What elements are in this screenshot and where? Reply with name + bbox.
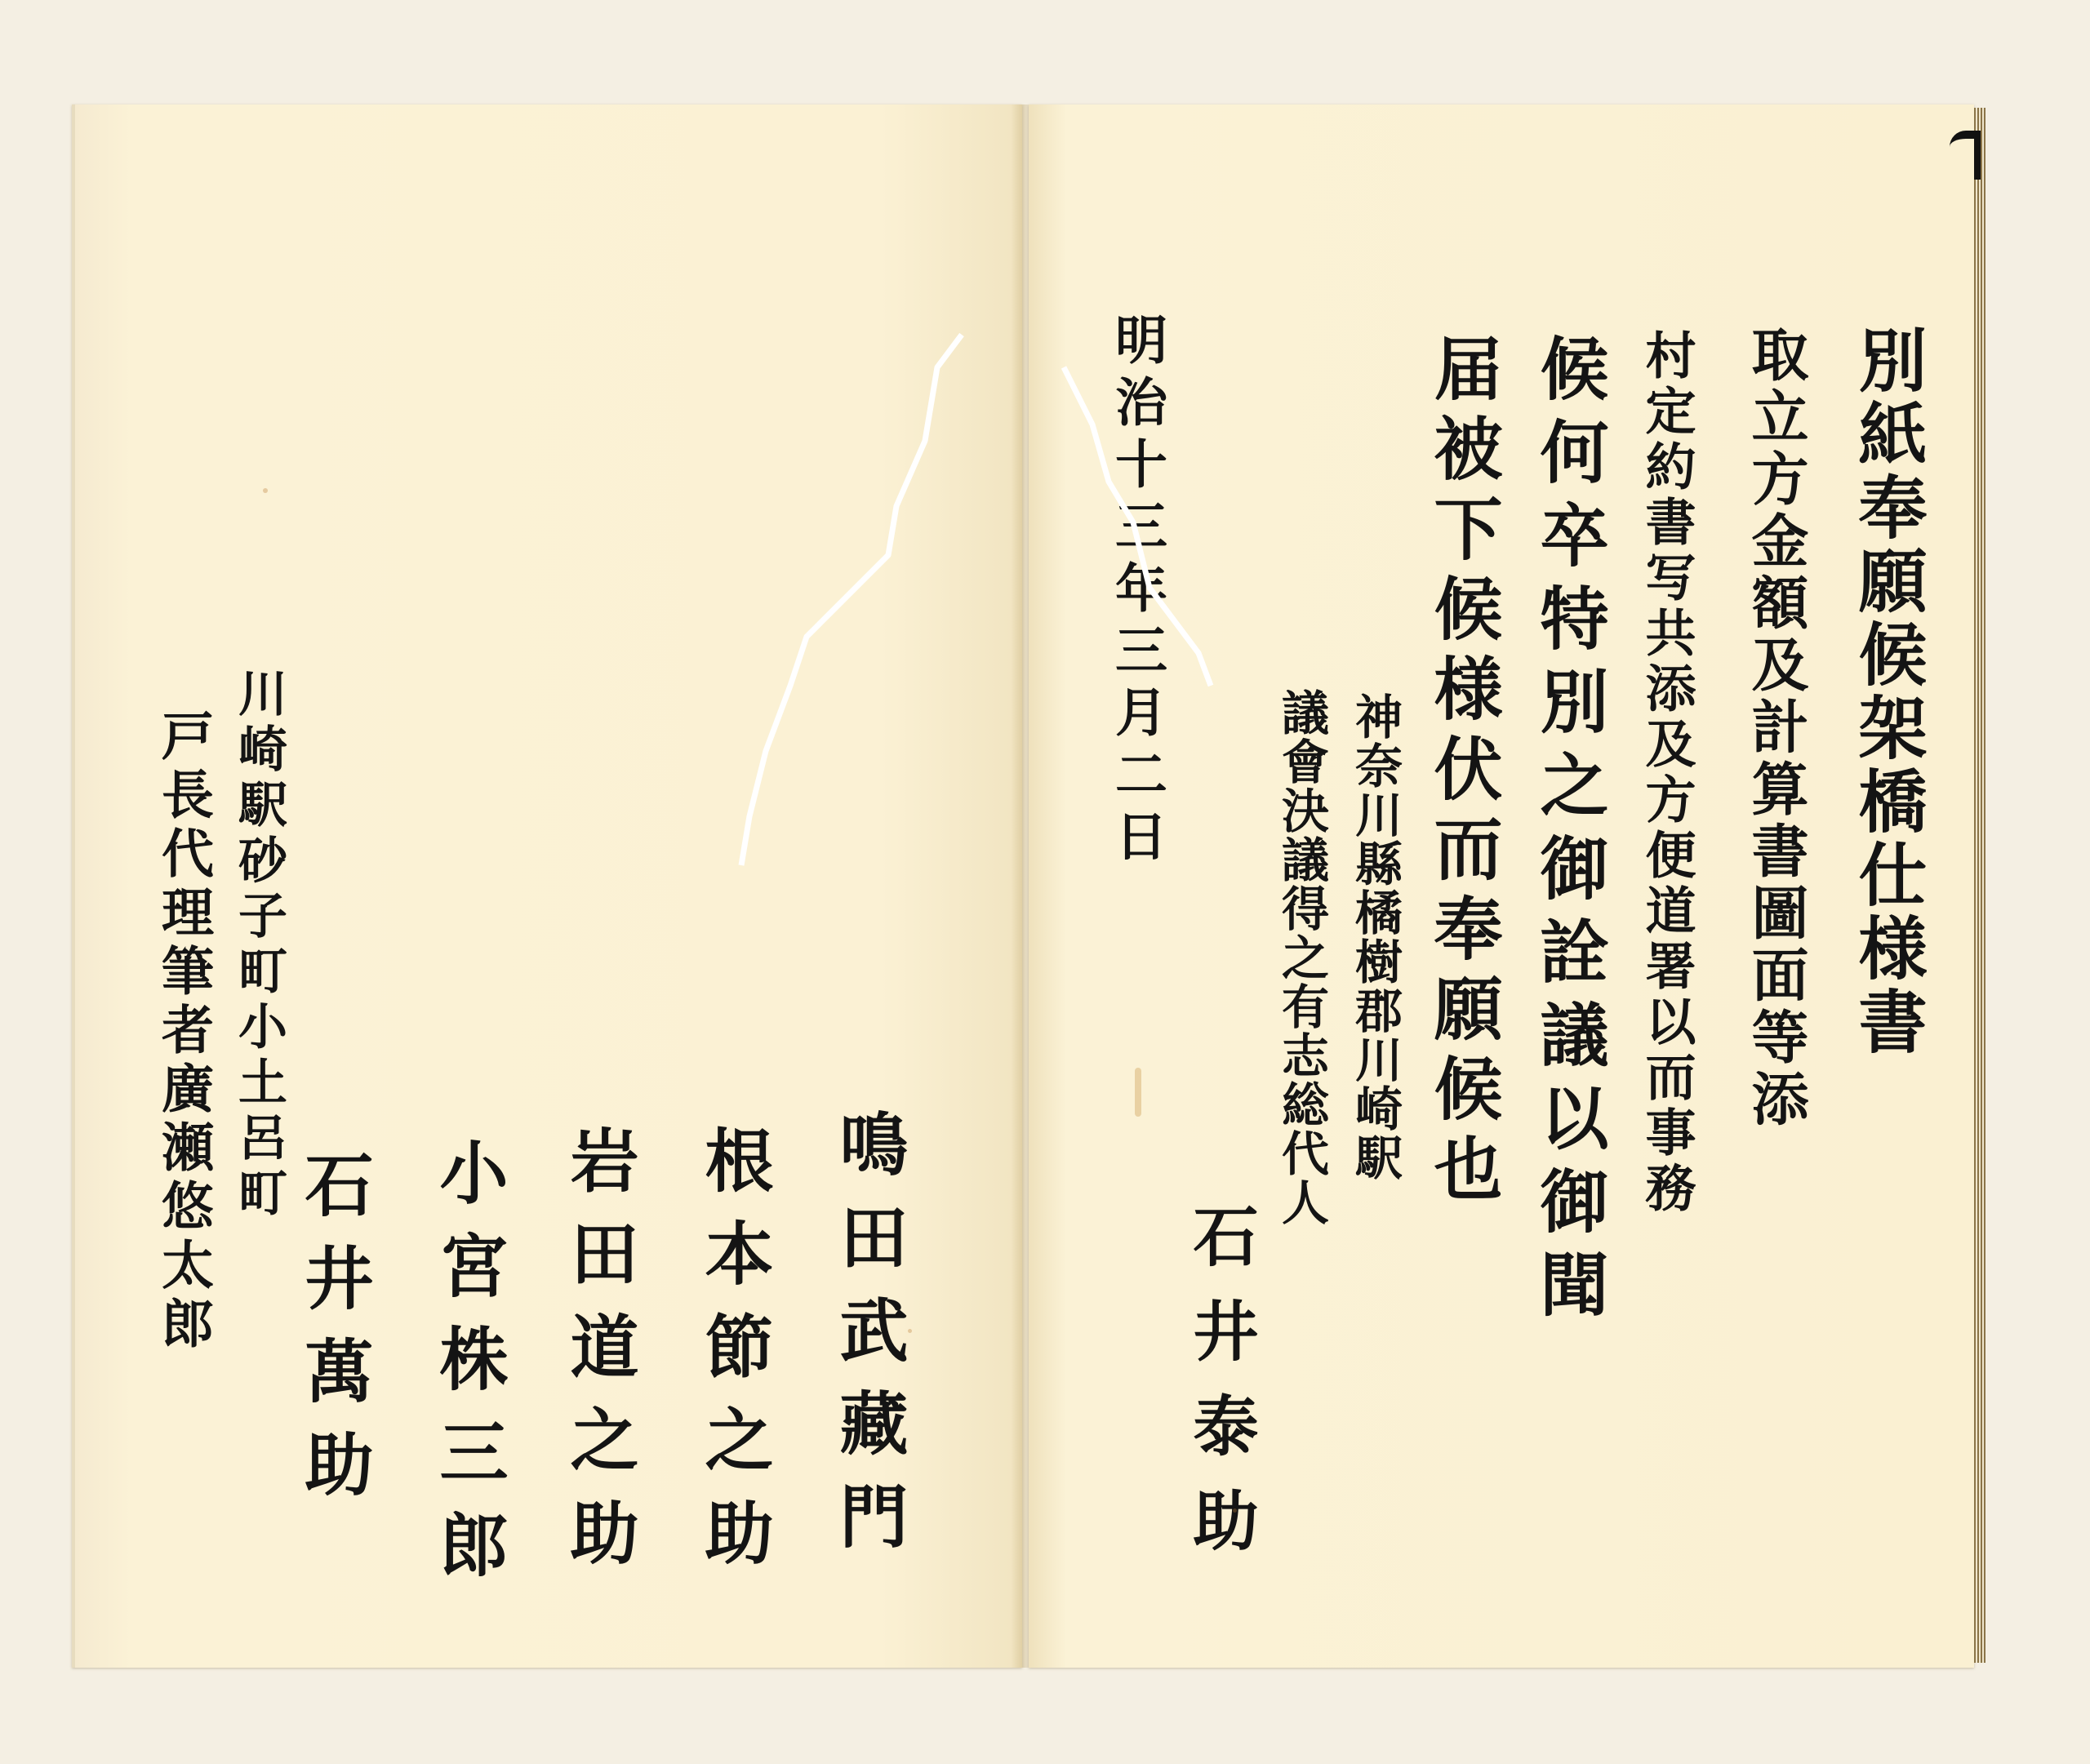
paper-stain [263,488,268,493]
organization-line: 議會決議得之有志総代人 [1278,688,1325,1227]
body-text-column: 取立方金額及計算書圖面等添 [1747,325,1804,1131]
paper-stain [908,1329,912,1333]
body-text-column: 候何卒特別之御詮議以御聞 [1535,333,1603,1332]
date-line: 明治十三年三月二日 [1110,313,1163,871]
body-text-column: 届被下候様伏而奉願候也 [1429,333,1497,1213]
paper-stain [1135,1068,1141,1117]
signatory-name: 根本節之助 [700,1125,768,1590]
signatory-name: 小宮株三郎 [434,1137,503,1602]
right-page: 別紙奉願候架橋仕様書 取立方金額及計算書圖面等添 村定約書写共添及方便道署以而事… [1029,104,1974,1668]
signer-name: 石井泰助 [1188,1202,1253,1581]
open-book: 鳴田武藏門 根本節之助 岩田道之助 小宮株三郎 石井萬助 川崎駅砂子町小土呂町 … [72,98,1999,1673]
location-line: 川崎駅砂子町小土呂町 [234,668,283,1223]
scribe-line: 戸長代理筆者廣瀬悠太郎 [157,709,209,1355]
organization-line: 神奈川縣橘樹郡川崎駅 [1351,692,1399,1182]
corner-ink-mark [1950,131,1981,180]
paper-stain [1233,1509,1237,1513]
page-edges [1974,108,1985,1663]
signatory-name: 鳴田武藏門 [834,1109,903,1574]
left-page: 鳴田武藏門 根本節之助 岩田道之助 小宮株三郎 石井萬助 川崎駅砂子町小土呂町 … [72,104,1022,1668]
signatory-name: 石井萬助 [300,1149,368,1522]
signatory-name: 岩田道之助 [565,1125,634,1590]
body-text-column: 別紙奉願候架橋仕様書 [1853,325,1922,1060]
body-text-column: 村定約書写共添及方便道署以而事務 [1641,329,1692,1217]
